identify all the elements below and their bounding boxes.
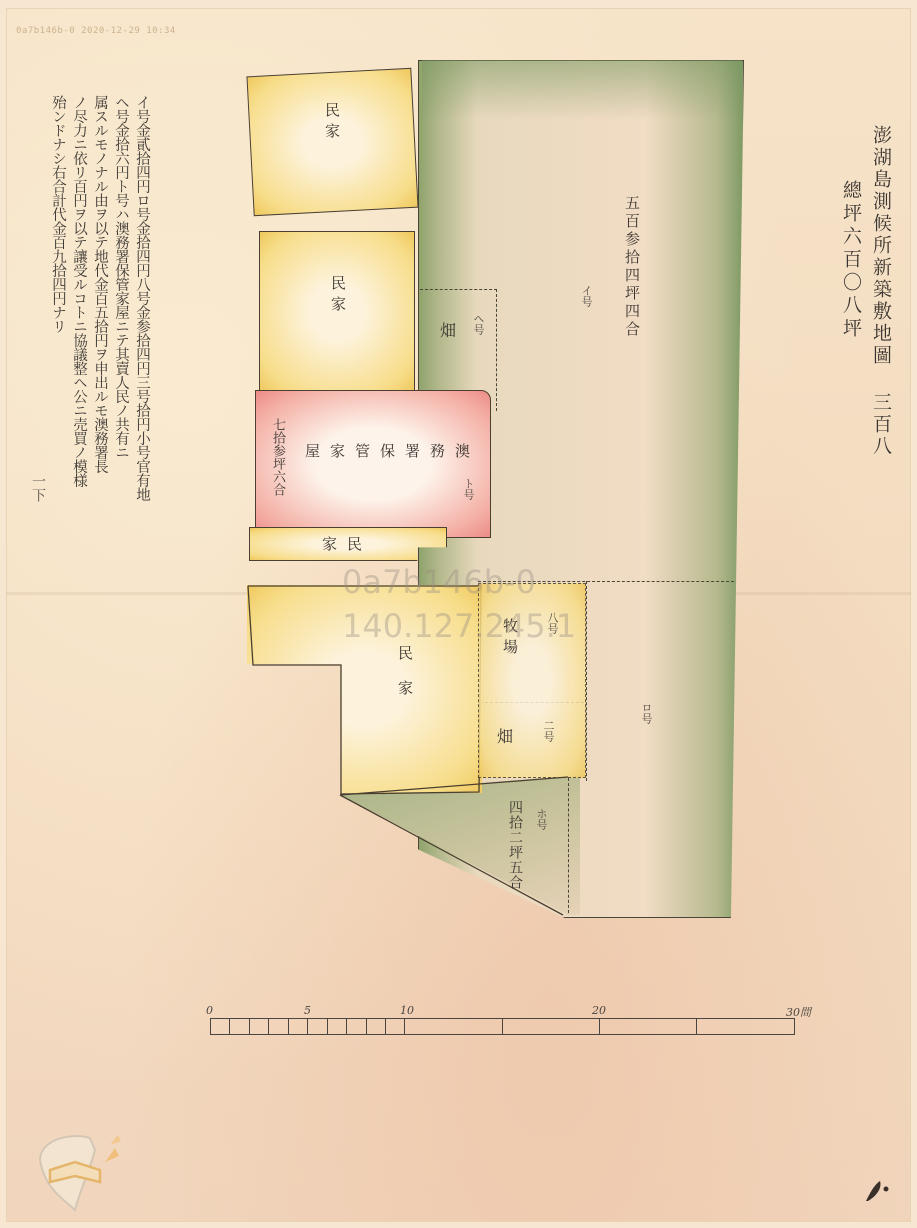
ink-stain-icon [860,1175,890,1205]
lot-number: ロ号 [638,702,654,724]
map-title: 澎湖島測候所新築敷地圖 三百八 [868,125,895,458]
residence-label: 民家 [328,275,349,317]
note-line: ヘ号金拾六円ト号ハ澳務署保管家屋ニテ其賣人民ノ共有ニ [111,95,130,605]
watermark-id: 0a7b146b-0 [342,560,576,604]
residence-label: 民家 [322,533,372,554]
note-line: 属スルモノナル由ヲ以テ地代金百五拾円ヲ申出ルモ澳務署長 [90,95,109,605]
customs-house-label: 澳務署保管家屋 [305,440,480,461]
lot-number: ホ号 [533,808,549,830]
note-line: 殆ンドナシ右合計代金百九拾四円ナリ [48,95,67,605]
lot-number: ト号 [460,478,476,500]
note-line: イ号金貳拾四円ロ号金拾四円八号金参拾四円三号拾円小号官有地 [132,95,151,605]
main-site-shading [422,60,742,120]
scale-tick-0: 0 [206,1004,213,1017]
triangle-lot-outline [338,775,578,920]
main-site-area-label: 五百参拾四坪四合 [622,195,643,339]
field-1-boundary [420,289,497,290]
scale-bar [210,1018,795,1035]
total-area: 總坪六百〇八坪 [838,180,865,341]
lot-number: 二号 [540,720,556,742]
customs-house-area: 七拾参坪六合 [268,418,287,496]
triangle-lot-area-label: 四拾二坪五合 [505,800,525,890]
field-1-boundary [496,289,497,411]
scale-tick-10: 10 [400,1004,414,1017]
timestamp-stamp: 0a7b146b-0 2020-12-29 10:34 [16,26,176,36]
field-label: 畑 [497,724,523,747]
notes-block: イ号金貳拾四円ロ号金拾四円八号金参拾四円三号拾円小号官有地 ヘ号金拾六円ト号ハ澳… [48,95,151,605]
note-line: ノ尽力ニ依リ百円ヲ以テ讓受ルコトニ協議整ヘ公ニ売買ノ模様 [69,95,88,605]
watermark-ip: 140.127.245.1 [342,604,576,648]
field-label: 畑 [440,318,466,341]
residence-label: 民家 [395,645,416,715]
pasture-boundary [586,581,587,781]
watermark: 0a7b146b-0 140.127.245.1 [342,560,576,648]
scale-tick-30: 30間 [786,1004,811,1020]
customs-house-block [255,390,491,538]
scale-tick-5: 5 [304,1004,311,1017]
margin-mark: 一下 [28,474,48,502]
lot-number: ヘ号 [470,313,486,335]
scale-tick-20: 20 [592,1004,606,1017]
residence-label: 民家 [322,102,343,144]
lot-number: イ号 [578,285,594,307]
library-logo-icon [20,1120,130,1215]
